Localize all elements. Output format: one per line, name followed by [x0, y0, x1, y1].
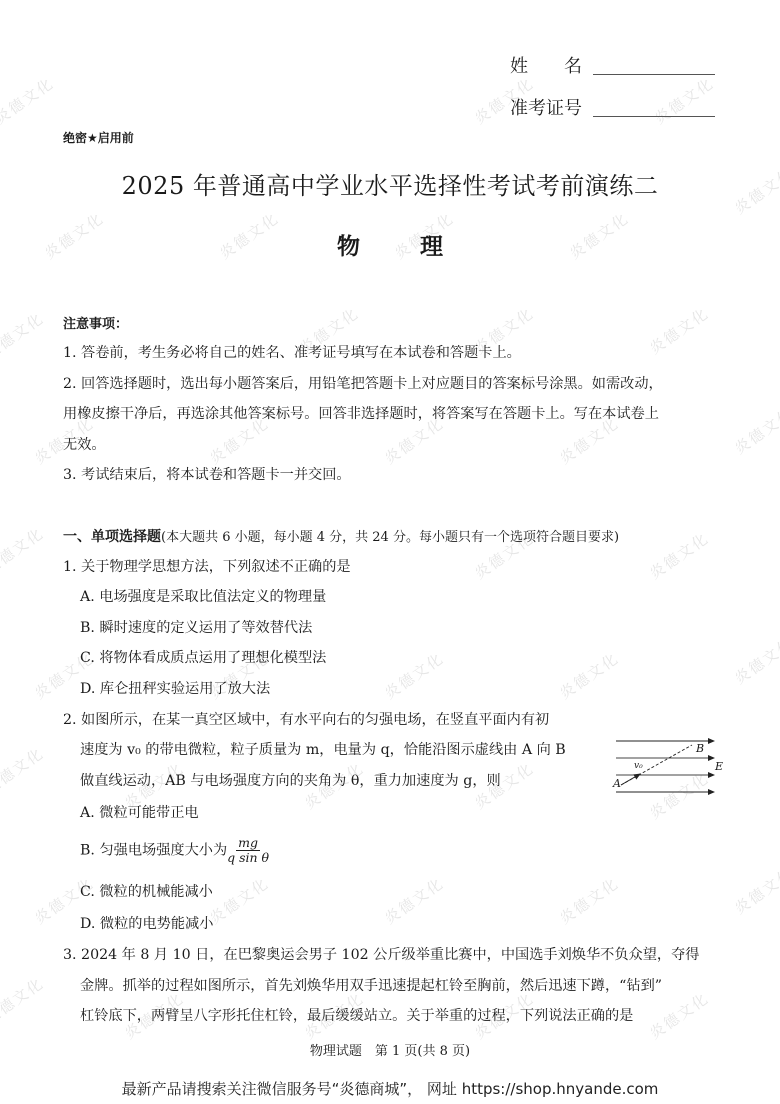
velocity-label: v₀	[634, 761, 643, 771]
option-d: D. 微粒的电势能减小	[80, 913, 213, 933]
formula-fraction: mgq sin θ	[227, 836, 269, 865]
exam-id-field-line[interactable]	[593, 116, 715, 117]
watermark: 炎德文化	[0, 522, 48, 578]
watermark: 炎德文化	[380, 647, 448, 703]
question-stem: 杠铃底下，两臂呈八字形托住杠铃，最后缓缓站立。关于举重的过程，下列说法正确的是	[80, 1005, 633, 1025]
watermark: 炎德文化	[730, 632, 780, 688]
option-b-text: B. 匀强电场强度大小为	[80, 843, 227, 859]
question-stem: 做直线运动，AB 与电场强度方向的夹角为 θ，重力加速度为 g，则	[80, 770, 501, 790]
watermark: 炎德文化	[645, 987, 713, 1043]
option-d: D. 库仑扭秤实验运用了放大法	[80, 678, 270, 698]
question-stem: 1. 关于物理学思想方法，下列叙述不正确的是	[63, 556, 351, 576]
option-a: A. 微粒可能带正电	[80, 802, 199, 822]
option-c: C. 将物体看成质点运用了理想化模型法	[80, 647, 326, 667]
watermark: 炎德文化	[650, 72, 718, 128]
promo-footer: 最新产品请搜索关注微信服务号“炎德商城”， 网址 https://shop.hn…	[0, 1078, 780, 1099]
watermark: 炎德文化	[730, 402, 780, 458]
note-item: 3. 考试结束后，将本试卷和答题卡一并交回。	[63, 464, 351, 484]
field-lines-icon	[610, 732, 730, 800]
name-field-label: 姓 名	[510, 52, 582, 78]
option-b: B. 瞬时速度的定义运用了等效替代法	[80, 617, 312, 637]
page-number: 物理试题 第 1 页(共 8 页)	[0, 1040, 780, 1059]
point-a-label: A	[613, 777, 621, 790]
question-stem: 2. 如图所示，在某一真空区域中，有水平向右的匀强电场，在竖直平面内有初	[63, 709, 549, 729]
watermark: 炎德文化	[555, 872, 623, 928]
watermark: 炎德文化	[0, 972, 48, 1028]
watermark: 炎德文化	[555, 647, 623, 703]
option-a: A. 电场强度是采取比值法定义的物理量	[80, 586, 326, 606]
fraction-numerator: mg	[236, 836, 260, 851]
section-heading: 一、单项选择题(本大题共 6 小题，每小题 4 分，共 24 分。每小题只有一个…	[63, 526, 619, 546]
notes-heading: 注意事项：	[63, 313, 128, 332]
exam-id-field-label: 准考证号	[510, 94, 582, 120]
question-stem: 速度为 v₀ 的带电微粒，粒子质量为 m，电量为 q，恰能沿图示虚线由 A 向 …	[80, 739, 566, 759]
exam-title: 2025 年普通高中学业水平选择性考试考前演练二	[0, 166, 780, 201]
option-c: C. 微粒的机械能减小	[80, 881, 213, 901]
subject-title: 物理	[0, 228, 780, 261]
note-item: 无效。	[63, 434, 106, 454]
field-e-label: E	[715, 760, 723, 773]
watermark: 炎德文化	[205, 872, 273, 928]
question-stem: 3. 2024 年 8 月 10 日，在巴黎奥运会男子 102 公斤级举重比赛中…	[63, 944, 699, 964]
point-b-label: B	[696, 742, 704, 755]
watermark: 炎德文化	[0, 742, 48, 798]
section-instructions: (本大题共 6 小题，每小题 4 分，共 24 分。每小题只有一个选项符合题目要…	[161, 530, 619, 545]
subject-char: 理	[420, 228, 443, 261]
name-field-line[interactable]	[593, 74, 715, 75]
option-b: B. 匀强电场强度大小为mgq sin θ	[80, 836, 269, 865]
question-stem: 金牌。抓举的过程如图所示，首先刘焕华用双手迅速提起杠铃至胸前，然后迅速下蹲，“钻…	[80, 975, 662, 995]
subject-char: 物	[337, 228, 360, 261]
watermark: 炎德文化	[0, 307, 48, 363]
watermark: 炎德文化	[645, 527, 713, 583]
note-item: 用橡皮擦干净后，再选涂其他答案标号。回答非选择题时，将答案写在答题卡上。写在本试…	[63, 403, 659, 423]
watermark: 炎德文化	[0, 72, 58, 128]
watermark: 炎德文化	[380, 872, 448, 928]
fraction-denominator: q sin θ	[227, 851, 269, 865]
watermark: 炎德文化	[730, 862, 780, 918]
note-item: 1. 答卷前，考生务必将自己的姓名、准考证号填写在本试卷和答题卡上。	[63, 342, 521, 362]
note-item: 2. 回答选择题时，选出每小题答案后，用铅笔把答题卡上对应题目的答案标号涂黑。如…	[63, 373, 663, 393]
section-title: 一、单项选择题	[63, 529, 161, 545]
confidential-mark: 绝密★启用前	[63, 129, 134, 146]
electric-field-diagram: A B E v₀	[610, 732, 730, 800]
watermark: 炎德文化	[645, 302, 713, 358]
